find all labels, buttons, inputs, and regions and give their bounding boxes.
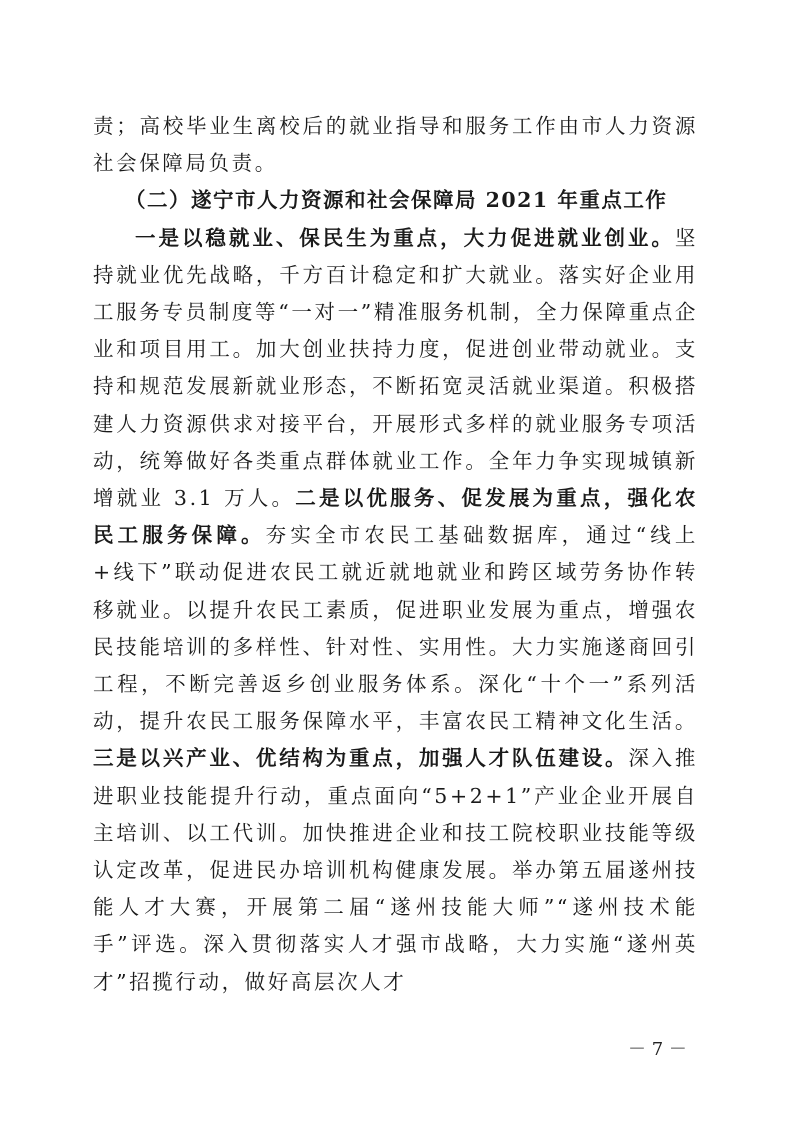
page-number: － 7 － [628, 1035, 687, 1061]
point3-title: 三是以兴产业、优结构为重点，加强人才队伍建设。 [93, 746, 628, 770]
point2-text: 夯实全市农民工基础数据库，通过“线上+线下”联动促进农民工就近就地就业和跨区域劳… [93, 523, 698, 733]
point3-text: 深入推进职业技能提升行动，重点面向“5+2+1”产业企业开展自主培训、以工代训。… [93, 746, 698, 993]
point1-text: 坚持就业优先战略，千方百计稳定和扩大就业。落实好企业用工服务专员制度等“一对一”… [93, 226, 698, 510]
section-heading: （二）遂宁市人力资源和社会保障局 2021 年重点工作 [93, 182, 698, 219]
point1-title: 一是以稳就业、保民生为重点，大力促进就业创业。 [135, 226, 675, 250]
document-page: 责；高校毕业生离校后的就业指导和服务工作由市人力资源社会保障局负责。 （二）遂宁… [93, 108, 698, 1001]
body-paragraph: 一是以稳就业、保民生为重点，大力促进就业创业。坚持就业优先战略，千方百计稳定和扩… [93, 220, 698, 1001]
intro-continuation-paragraph: 责；高校毕业生离校后的就业指导和服务工作由市人力资源社会保障局负责。 [93, 108, 698, 182]
